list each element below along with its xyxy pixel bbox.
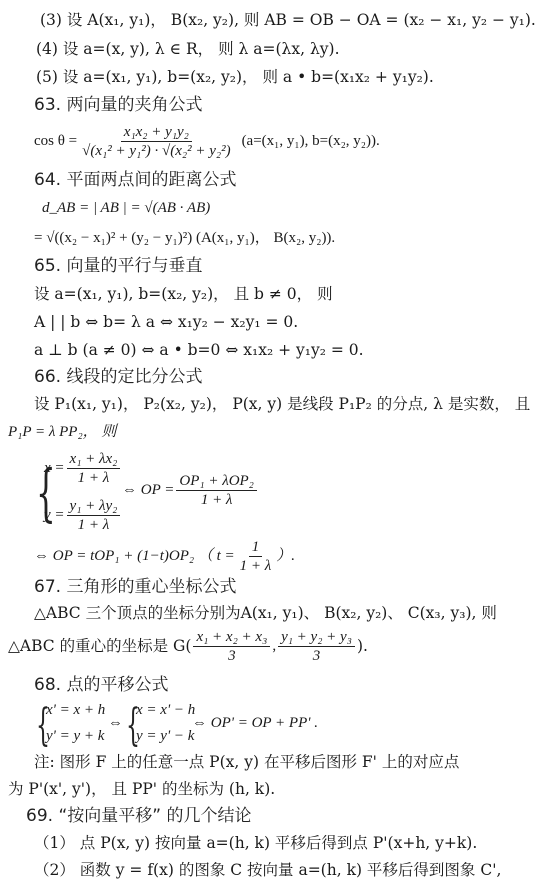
formula-66-op: ⇔ OP = OP₁ + λOP₂ 1 + λ [122, 470, 259, 510]
formula-64-expanded: = √((x₂ − x₁)² + (y₂ − y₁)²) (A(x₁, y₁)，… [34, 228, 335, 248]
formula-65-parallel: A | | b ⇔ b= λ a ⇔ x₁y₂ − x₂y₁ = 0. [34, 312, 298, 332]
formula-63-fraction: x₁x₂ + y₁y₂ √(x₁² + y₁²) · √(x₂² + y₂²) [79, 123, 233, 160]
formula-67-y-numerator: y₁ + y₂ + y₃ [278, 628, 355, 647]
item-5-dot-product: (5) 设 a=(x₁, y₁), b=(x₂, y₂)， 则 a • b=(x… [36, 67, 434, 87]
formula-66-x-denominator: 1 + λ [75, 469, 113, 487]
formula-65-perpendicular: a ⊥ b (a ≠ 0) ⇔ a • b=0 ⇔ x₁x₂ + y₁y₂ = … [34, 340, 364, 360]
heading-67: 67. 三角形的重心坐标公式 [34, 577, 236, 597]
formula-67-y-denominator: 3 [310, 647, 324, 665]
formula-67-end: ). [357, 636, 368, 656]
formula-66-op-numerator: OP₁ + λOP₂ [176, 472, 257, 491]
formula-66-t-end: ）. [276, 546, 295, 566]
formula-66-t: ⇔ OP = tOP₁ + (1−t)OP₂ （ t = 1 1 + λ ）. [34, 536, 295, 576]
formula-66-t-denominator: 1 + λ [237, 557, 275, 575]
heading-63: 63. 两向量的夹角公式 [34, 95, 202, 115]
formula-67-x-fraction: x₁ + x₂ + x₃ 3 [193, 628, 270, 665]
formula-66-y-fraction: y₁ + λy₂ 1 + λ [67, 497, 121, 534]
formula-63-lhs: cos θ = [34, 131, 77, 151]
formula-69-item2: （2） 函数 y = f(x) 的图象 C 按向量 a=(h, k) 平移后得到… [34, 860, 501, 880]
heading-64: 64. 平面两点间的距离公式 [34, 170, 236, 190]
formula-66-x-numerator: x₁ + λx₂ [67, 450, 121, 469]
heading-66: 66. 线段的定比分公式 [34, 367, 202, 387]
formula-65-given: 设 a=(x₁, y₁), b=(x₂, y₂)， 且 b ≠ 0， 则 [34, 284, 333, 304]
formula-66-t-lhs: ⇔ OP = tOP₁ + (1−t)OP₂ （ t = [34, 546, 235, 566]
formula-66-x: x = x₁ + λx₂ 1 + λ [44, 448, 122, 488]
formula-66-y-lhs: y = [44, 505, 65, 525]
formula-68-vector: ⇔ OP' = OP + PP' . [192, 713, 318, 733]
formula-64-distance: d_AB = | AB | = √(AB · AB) [42, 198, 210, 218]
formula-69-item1: （1） 点 P(x, y) 按向量 a=(h, k) 平移后得到点 P'(x+h… [34, 833, 477, 853]
formula-67-centroid: △ABC 的重心的坐标是 G( x₁ + x₂ + x₃ 3 , y₁ + y₂… [8, 624, 368, 668]
formula-63-angle: cos θ = x₁x₂ + y₁y₂ √(x₁² + y₁²) · √(x₂²… [34, 118, 380, 164]
formula-66-op-lhs: ⇔ OP = [122, 480, 174, 500]
formula-66-op-fraction: OP₁ + λOP₂ 1 + λ [176, 472, 257, 509]
formula-67-lhs: △ABC 的重心的坐标是 G( [8, 636, 191, 656]
heading-68: 68. 点的平移公式 [34, 675, 168, 695]
formula-66-op-denominator: 1 + λ [198, 491, 236, 509]
heading-69: 69. “按向量平移” 的几个结论 [26, 806, 251, 826]
formula-67-x-numerator: x₁ + x₂ + x₃ [193, 628, 270, 647]
formula-68-iff: ⇔ [108, 713, 123, 733]
formula-68-note-line1: 注: 图形 F 上的任意一点 P(x, y) 在平移后图形 F' 上的对应点 [34, 752, 459, 772]
formula-67-vertices: △ABC 三个顶点的坐标分别为A(x₁, y₁)、 B(x₂, y₂)、 C(x… [34, 603, 497, 623]
formula-68-x-prime: x' = x + h [46, 700, 105, 720]
formula-63-denominator: √(x₁² + y₁²) · √(x₂² + y₂²) [79, 142, 233, 160]
heading-65: 65. 向量的平行与垂直 [34, 256, 202, 276]
formula-66-y-denominator: 1 + λ [75, 516, 113, 534]
formula-66-t-fraction: 1 1 + λ [237, 538, 275, 575]
formula-68-note-line2: 为 P'(x', y')， 且 PP' 的坐标为 (h, k). [8, 779, 275, 799]
formula-68-y: y = y' − k [136, 726, 194, 746]
formula-66-x-lhs: x = [44, 458, 65, 478]
item-4-scalar-multiplication: (4) 设 a=(x, y), λ ∈ R， 则 λ a=(λx, λy). [36, 39, 340, 59]
formula-68-x: x = x' − h [136, 700, 195, 720]
item-3-vector-subtraction: (3) 设 A(x₁, y₁)， B(x₂, y₂), 则 AB = OB − … [40, 10, 536, 30]
formula-66-ratio: P₁P = λ PP₂， 则 [8, 422, 116, 442]
formula-66-y-numerator: y₁ + λy₂ [67, 497, 121, 516]
formula-63-numerator: x₁x₂ + y₁y₂ [121, 123, 192, 142]
formula-63-condition: (a=(x₁, y₁), b=(x₂, y₂)). [242, 131, 380, 151]
formula-66-t-numerator: 1 [249, 538, 263, 557]
formula-66-y: y = y₁ + λy₂ 1 + λ [44, 495, 122, 535]
formula-67-x-denominator: 3 [225, 647, 239, 665]
formula-66-x-fraction: x₁ + λx₂ 1 + λ [67, 450, 121, 487]
formula-68-y-prime: y' = y + k [46, 726, 104, 746]
formula-67-y-fraction: y₁ + y₂ + y₃ 3 [278, 628, 355, 665]
formula-66-given: 设 P₁(x₁, y₁)， P₂(x₂, y₂)， P(x, y) 是线段 P₁… [34, 394, 530, 414]
